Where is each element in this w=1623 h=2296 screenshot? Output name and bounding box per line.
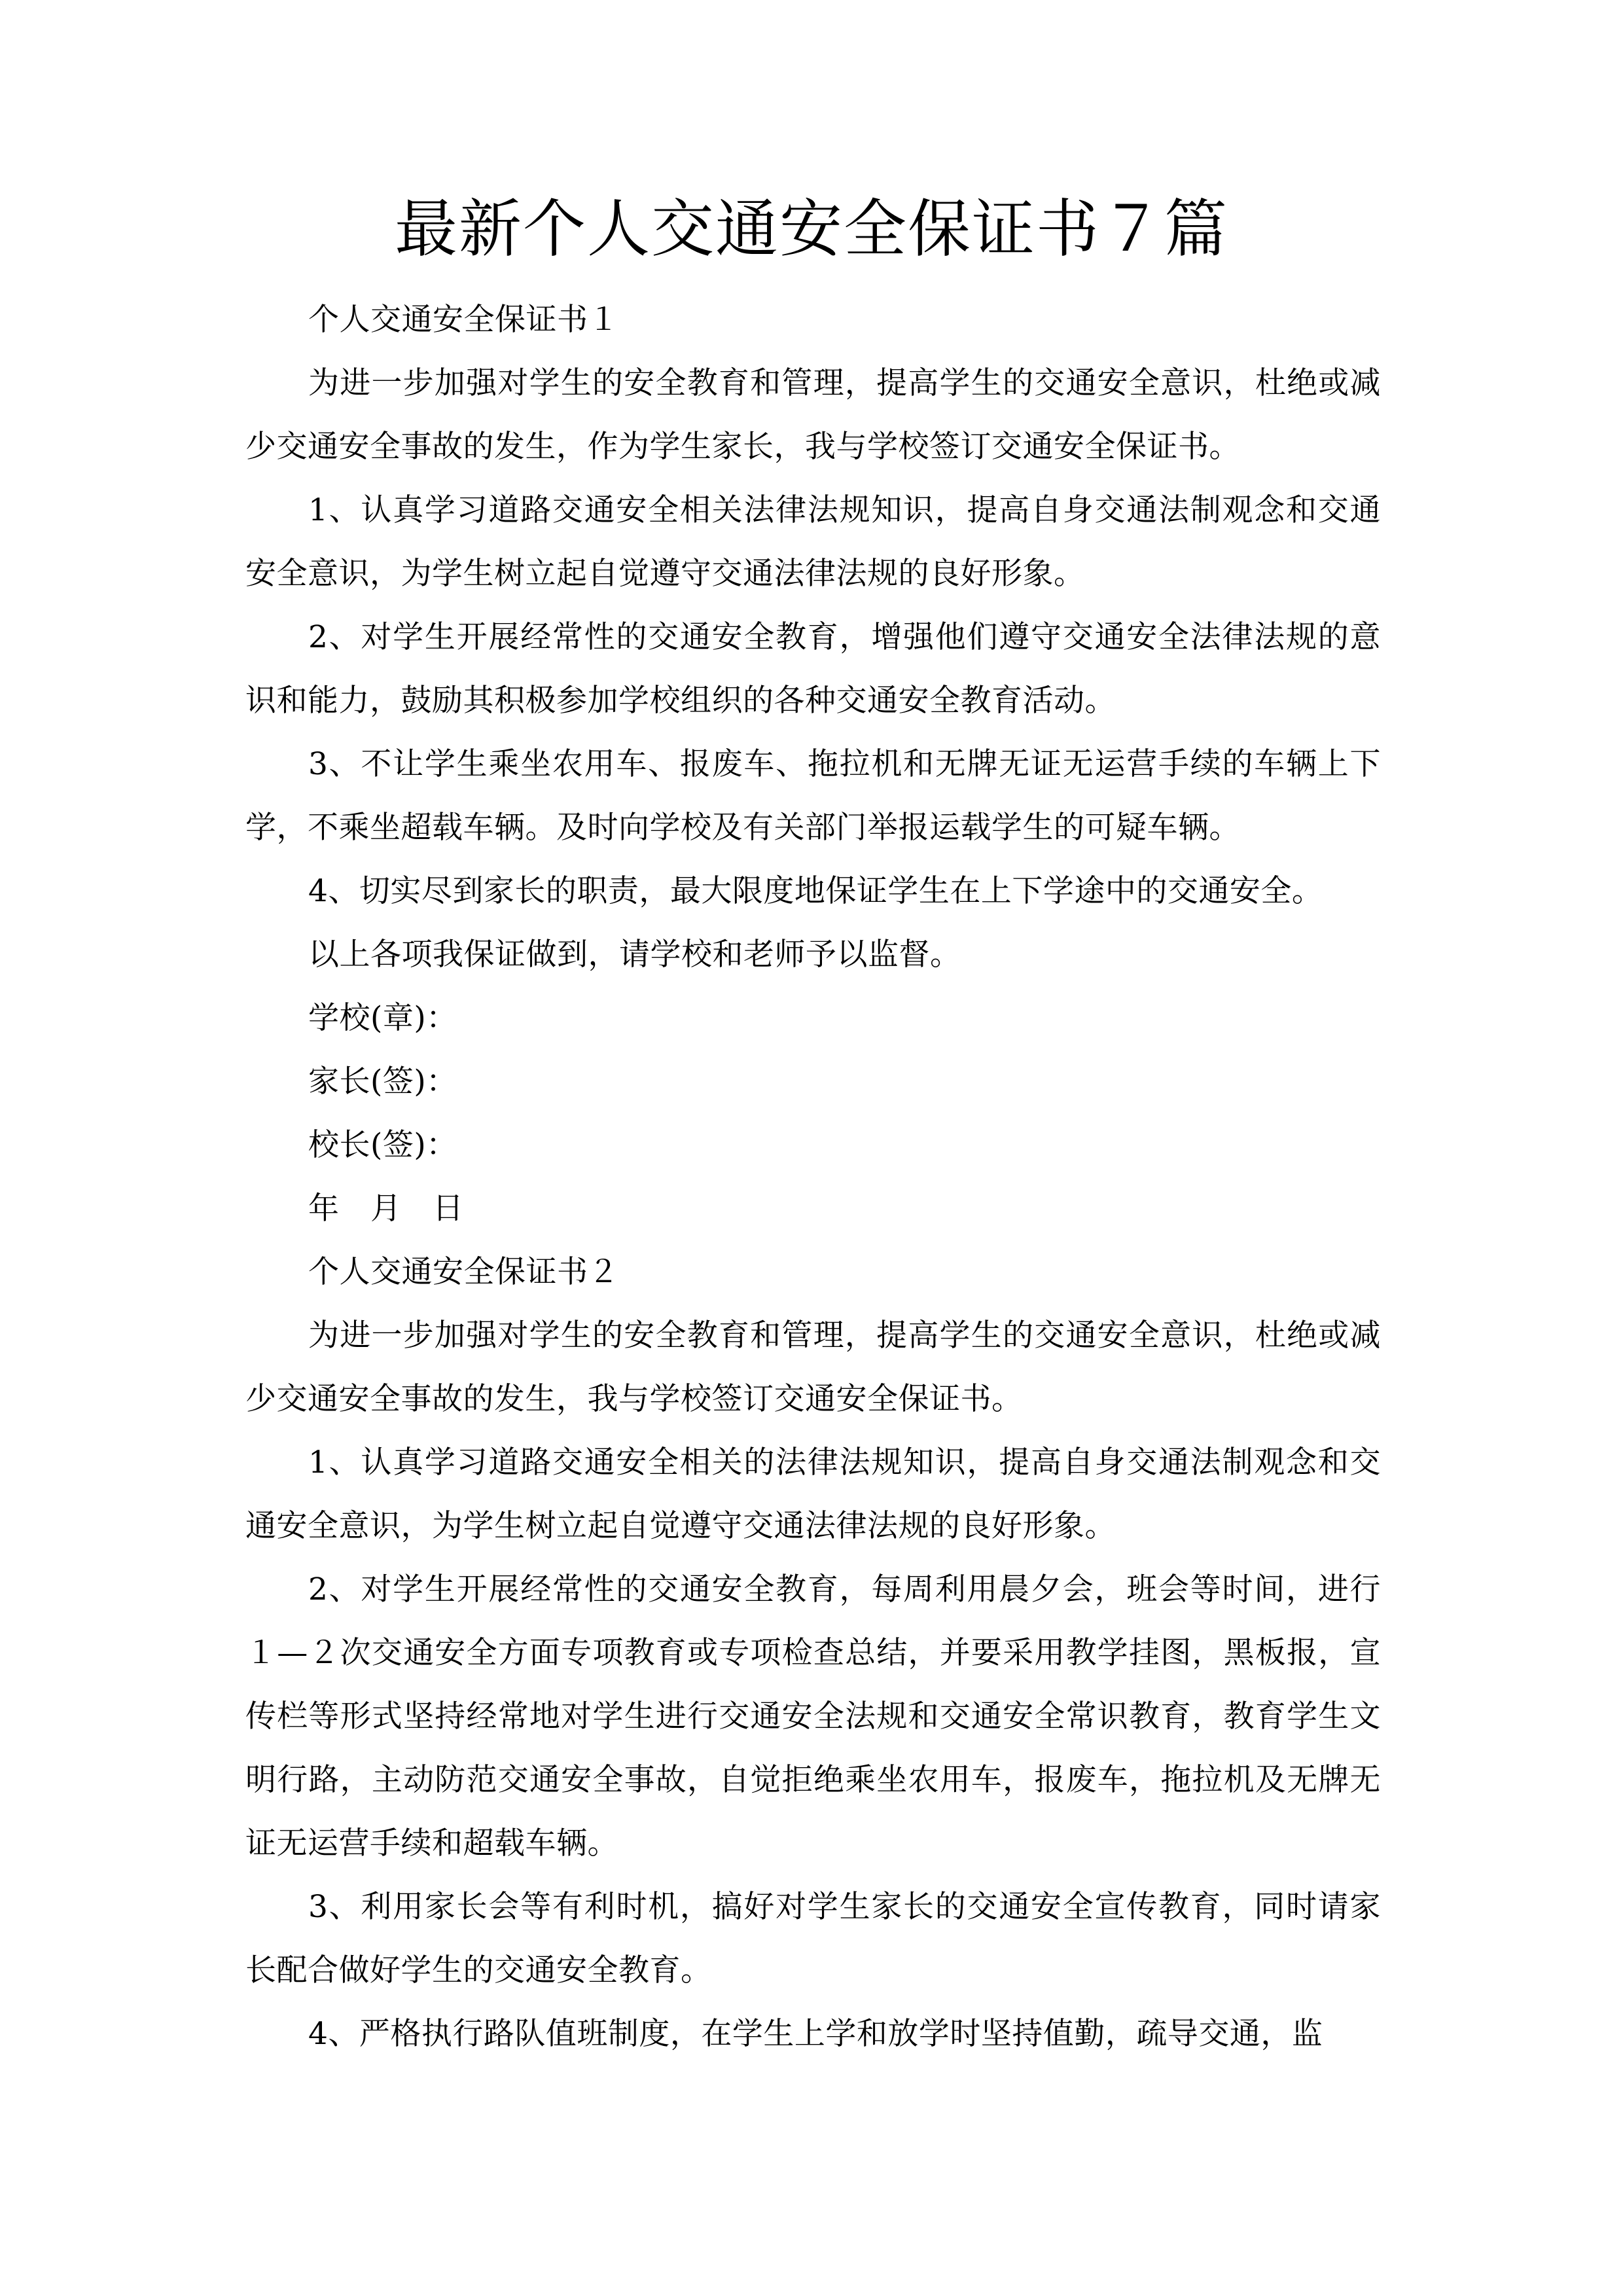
clause-2-1: 1、认真学习道路交通安全相关的法律法规知识，提高自身交通法制观念和交通安全意识，… [245, 1431, 1381, 1558]
document-body: 个人交通安全保证书１ 为进一步加强对学生的安全教育和管理，提高学生的交通安全意识… [245, 288, 1381, 2066]
clause-1-2: 2、对学生开展经常性的交通安全教育，增强他们遵守交通安全法律法规的意识和能力，鼓… [245, 605, 1381, 732]
document-title: 最新个人交通安全保证书７篇 [0, 190, 1623, 268]
closing-statement-1: 以上各项我保证做到，请学校和老师予以监督。 [245, 923, 1381, 986]
intro-paragraph-2: 为进一步加强对学生的安全教育和管理，提高学生的交通安全意识，杜绝或减少交通安全事… [245, 1304, 1381, 1431]
clause-1-1: 1、认真学习道路交通安全相关法律法规知识，提高自身交通法制观念和交通安全意识，为… [245, 478, 1381, 605]
signature-school-seal: 学校(章)： [245, 986, 1381, 1050]
section-heading-1: 个人交通安全保证书１ [245, 288, 1381, 351]
clause-1-4: 4、切实尽到家长的职责，最大限度地保证学生在上下学途中的交通安全。 [245, 859, 1381, 923]
section-heading-2: 个人交通安全保证书２ [245, 1240, 1381, 1304]
date-line: 年 月 日 [245, 1177, 1381, 1240]
clause-2-3: 3、利用家长会等有利时机，搞好对学生家长的交通安全宣传教育，同时请家长配合做好学… [245, 1875, 1381, 2002]
signature-principal: 校长(签)： [245, 1113, 1381, 1177]
clause-2-4: 4、严格执行路队值班制度，在学生上学和放学时坚持值勤，疏导交通，监 [245, 2002, 1381, 2066]
clause-1-3: 3、不让学生乘坐农用车、报废车、拖拉机和无牌无证无运营手续的车辆上下学，不乘坐超… [245, 732, 1381, 859]
intro-paragraph-1: 为进一步加强对学生的安全教育和管理，提高学生的交通安全意识，杜绝或减少交通安全事… [245, 351, 1381, 478]
signature-parent: 家长(签)： [245, 1050, 1381, 1113]
clause-2-2: 2、对学生开展经常性的交通安全教育，每周利用晨夕会，班会等时间，进行１—２次交通… [245, 1558, 1381, 1875]
